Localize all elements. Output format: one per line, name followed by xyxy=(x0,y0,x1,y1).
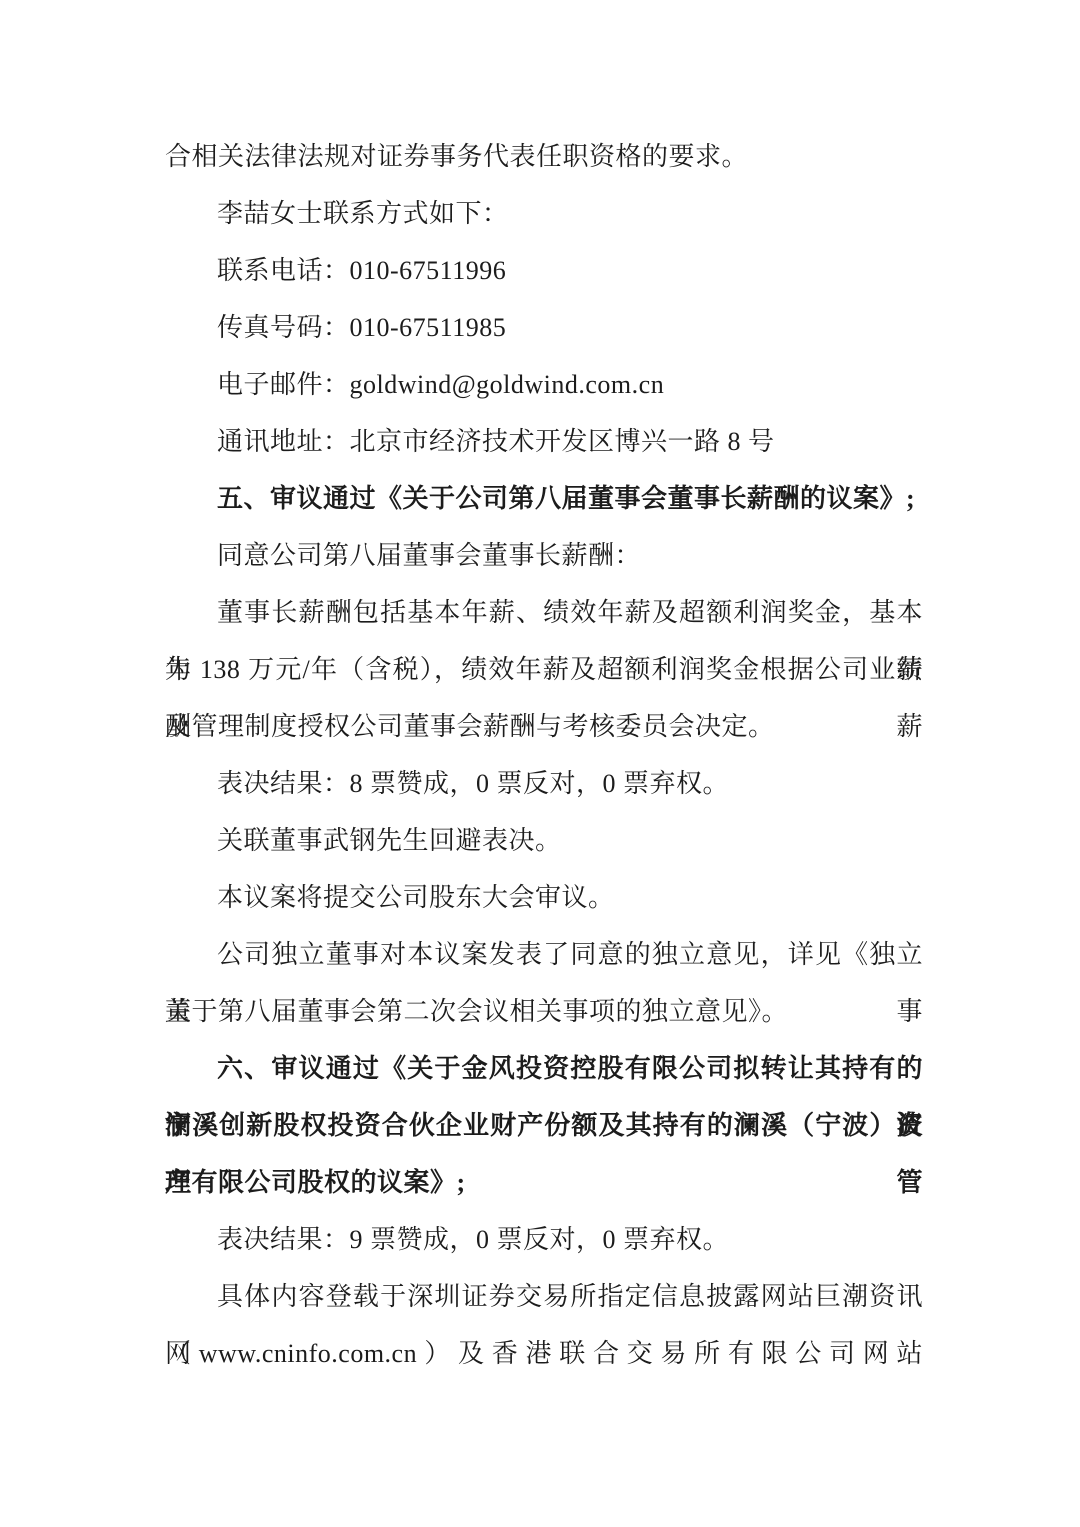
item6-heading-line-1: 六、审议通过《关于金风投资控股有限公司拟转让其持有的宁波 xyxy=(165,1040,923,1097)
item5-submission-line: 本议案将提交公司股东大会审议。 xyxy=(165,869,923,926)
item5-salary-line-2: 为 138 万元/年（含税），绩效年薪及超额利润奖金根据公司业绩及薪 xyxy=(165,641,923,698)
item5-independent-opinion-line-1: 公司独立董事对本议案发表了同意的独立意见，详见《独立董事 xyxy=(165,926,923,983)
item5-recusal-line: 关联董事武钢先生回避表决。 xyxy=(165,812,923,869)
qualification-requirement-line: 合相关法律法规对证券事务代表任职资格的要求。 xyxy=(165,128,923,185)
item5-approval-line: 同意公司第八届董事会董事长薪酬： xyxy=(165,527,923,584)
item5-vote-result-line: 表决结果：8 票赞成，0 票反对，0 票弃权。 xyxy=(165,755,923,812)
contact-fax-line: 传真号码：010-67511985 xyxy=(165,299,923,356)
item6-heading-line-2: 澜溪创新股权投资合伙企业财产份额及其持有的澜溪（宁波）资产管 xyxy=(165,1097,923,1154)
item6-disclosure-line-1: 具体内容登载于深圳证券交易所指定信息披露网站巨潮资讯网 xyxy=(165,1268,923,1325)
contact-email-line: 电子邮件：goldwind@goldwind.com.cn xyxy=(165,356,923,413)
item5-salary-line-1: 董事长薪酬包括基本年薪、绩效年薪及超额利润奖金，基本年薪 xyxy=(165,584,923,641)
contact-address-line: 通讯地址：北京市经济技术开发区博兴一路 8 号 xyxy=(165,413,923,470)
document-body: 合相关法律法规对证券事务代表任职资格的要求。 李喆女士联系方式如下： 联系电话：… xyxy=(165,128,923,1382)
contact-phone-line: 联系电话：010-67511996 xyxy=(165,242,923,299)
item6-disclosure-line-2: （www.cninfo.com.cn）及香港联合交易所有限公司网站 xyxy=(165,1325,923,1382)
item6-vote-result-line: 表决结果：9 票赞成，0 票反对，0 票弃权。 xyxy=(165,1211,923,1268)
document-page: 合相关法律法规对证券事务代表任职资格的要求。 李喆女士联系方式如下： 联系电话：… xyxy=(0,0,1080,1527)
contact-intro-line: 李喆女士联系方式如下： xyxy=(165,185,923,242)
item5-heading: 五、审议通过《关于公司第八届董事会董事长薪酬的议案》; xyxy=(165,470,923,527)
